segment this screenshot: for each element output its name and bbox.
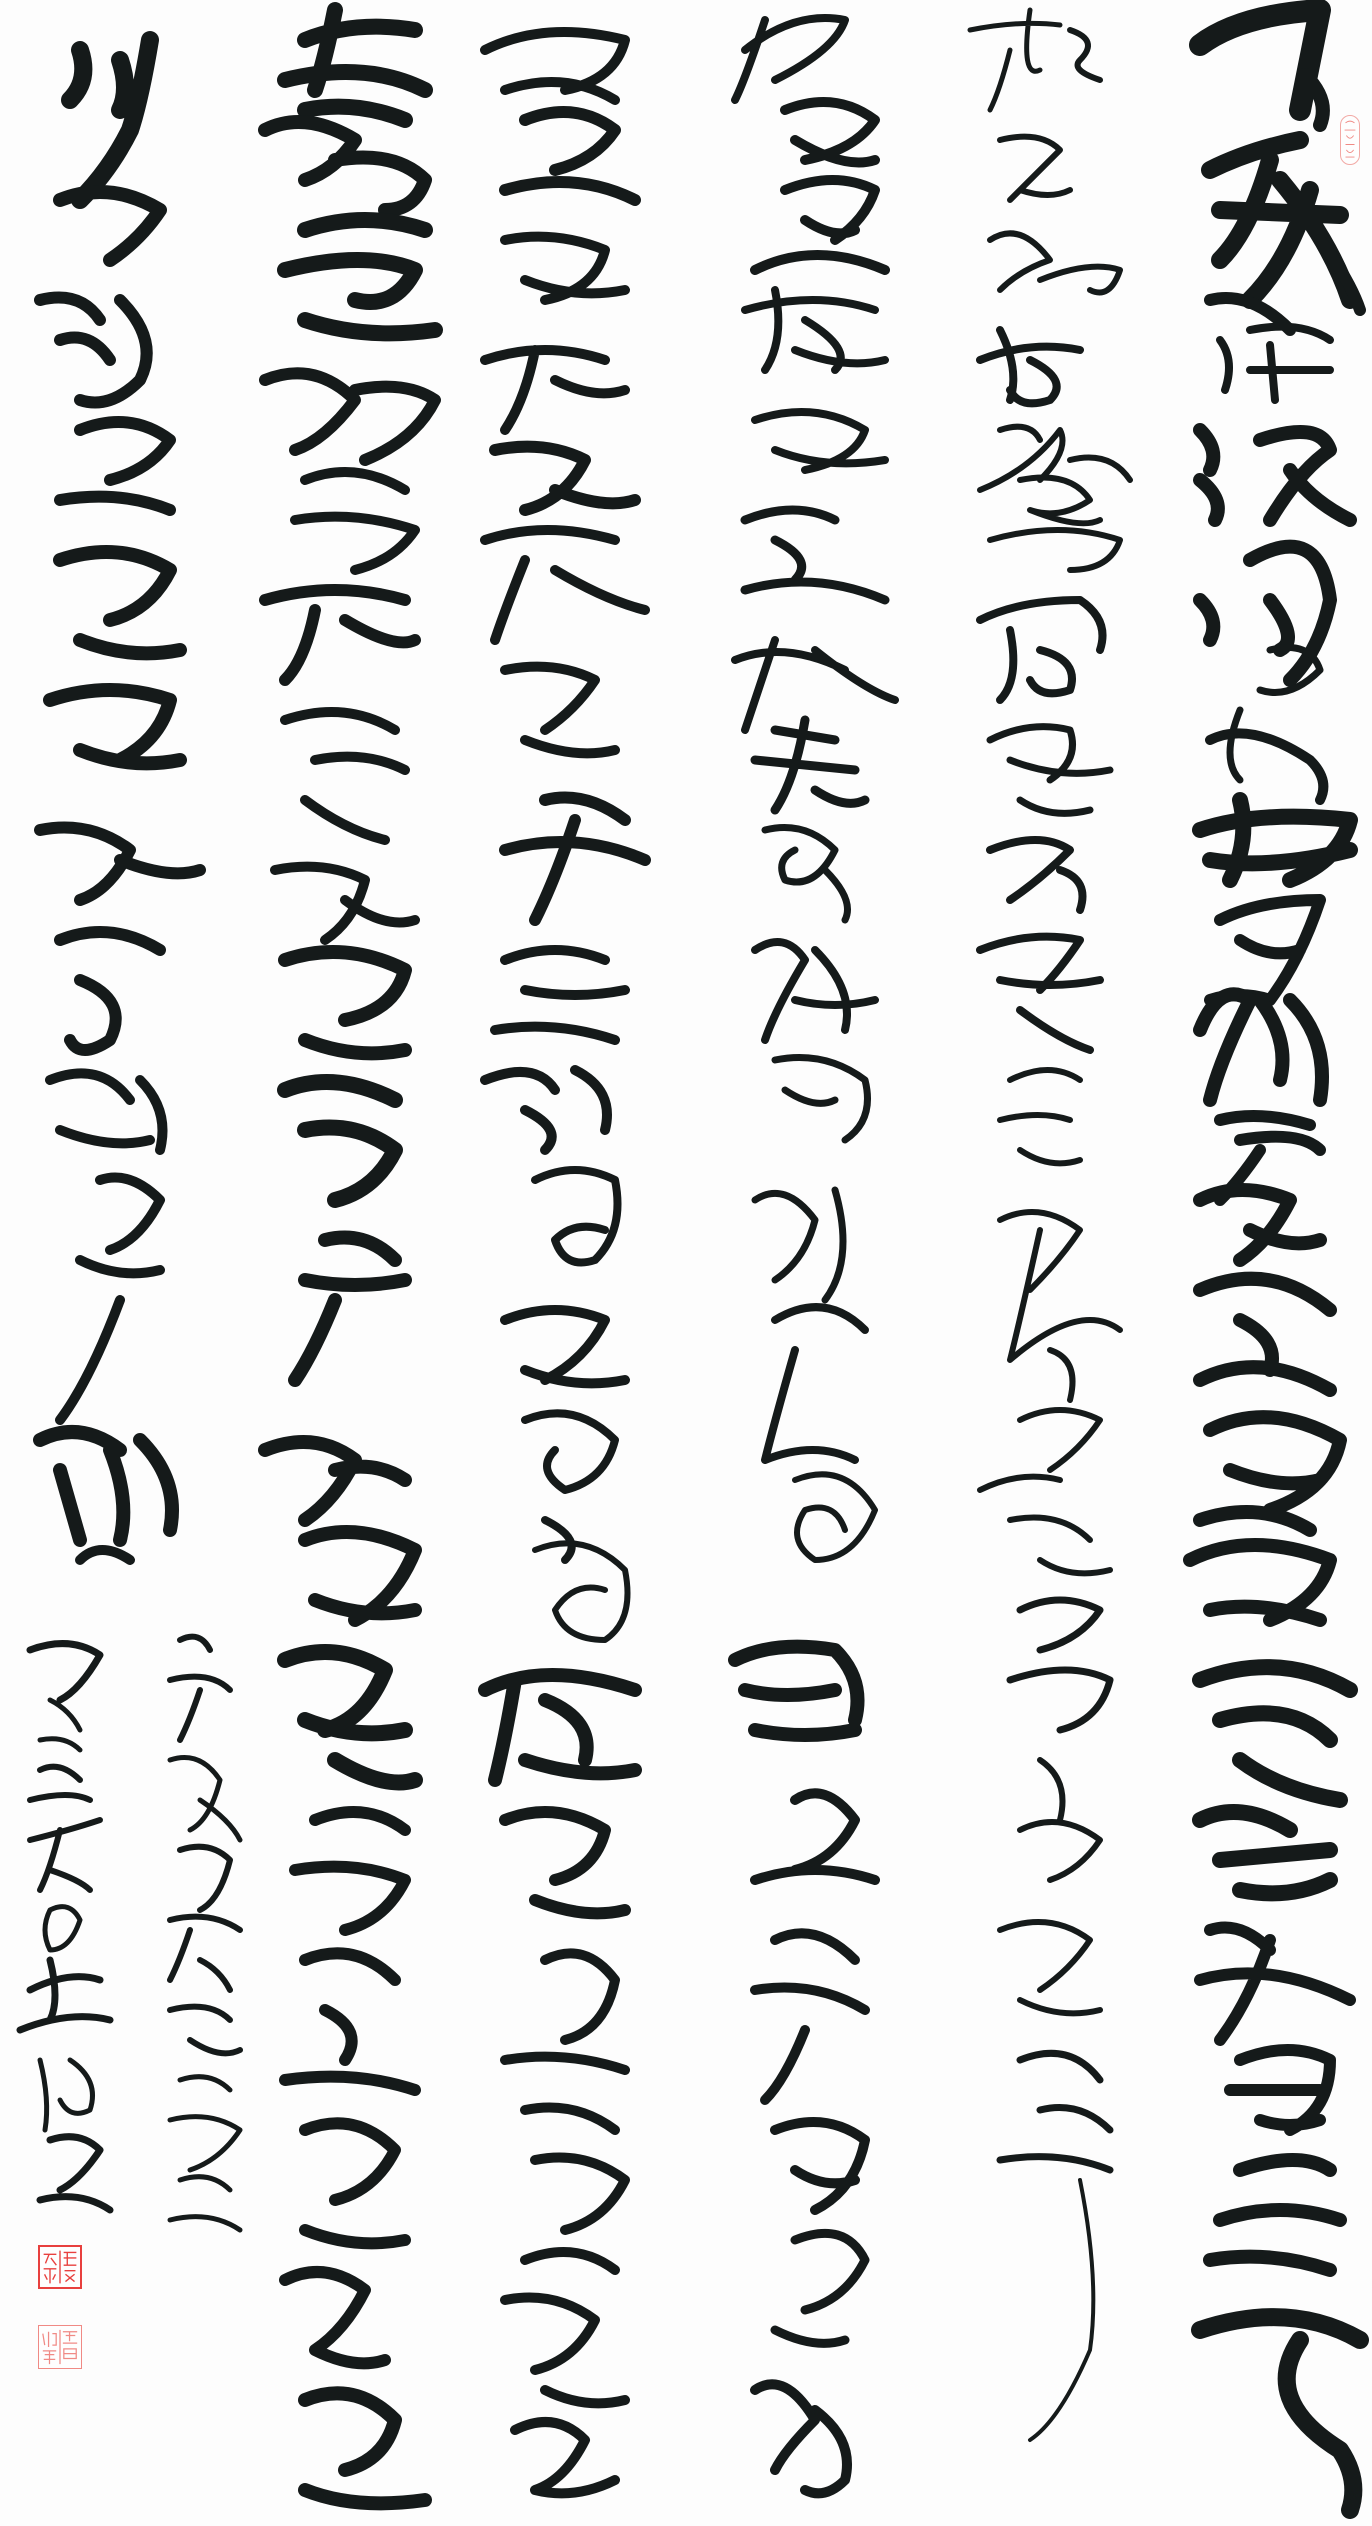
text-column-5 <box>245 0 460 2526</box>
name-seal <box>38 2245 82 2289</box>
text-column-1 <box>1180 0 1370 2526</box>
style-name-seal <box>38 2325 82 2369</box>
text-column-2 <box>960 0 1160 2526</box>
leading-seal <box>1340 115 1360 165</box>
text-column-4 <box>465 0 685 2526</box>
inscription-column-1 <box>150 0 260 2526</box>
inscription-column-2 <box>10 0 120 2526</box>
text-column-3 <box>715 0 925 2526</box>
